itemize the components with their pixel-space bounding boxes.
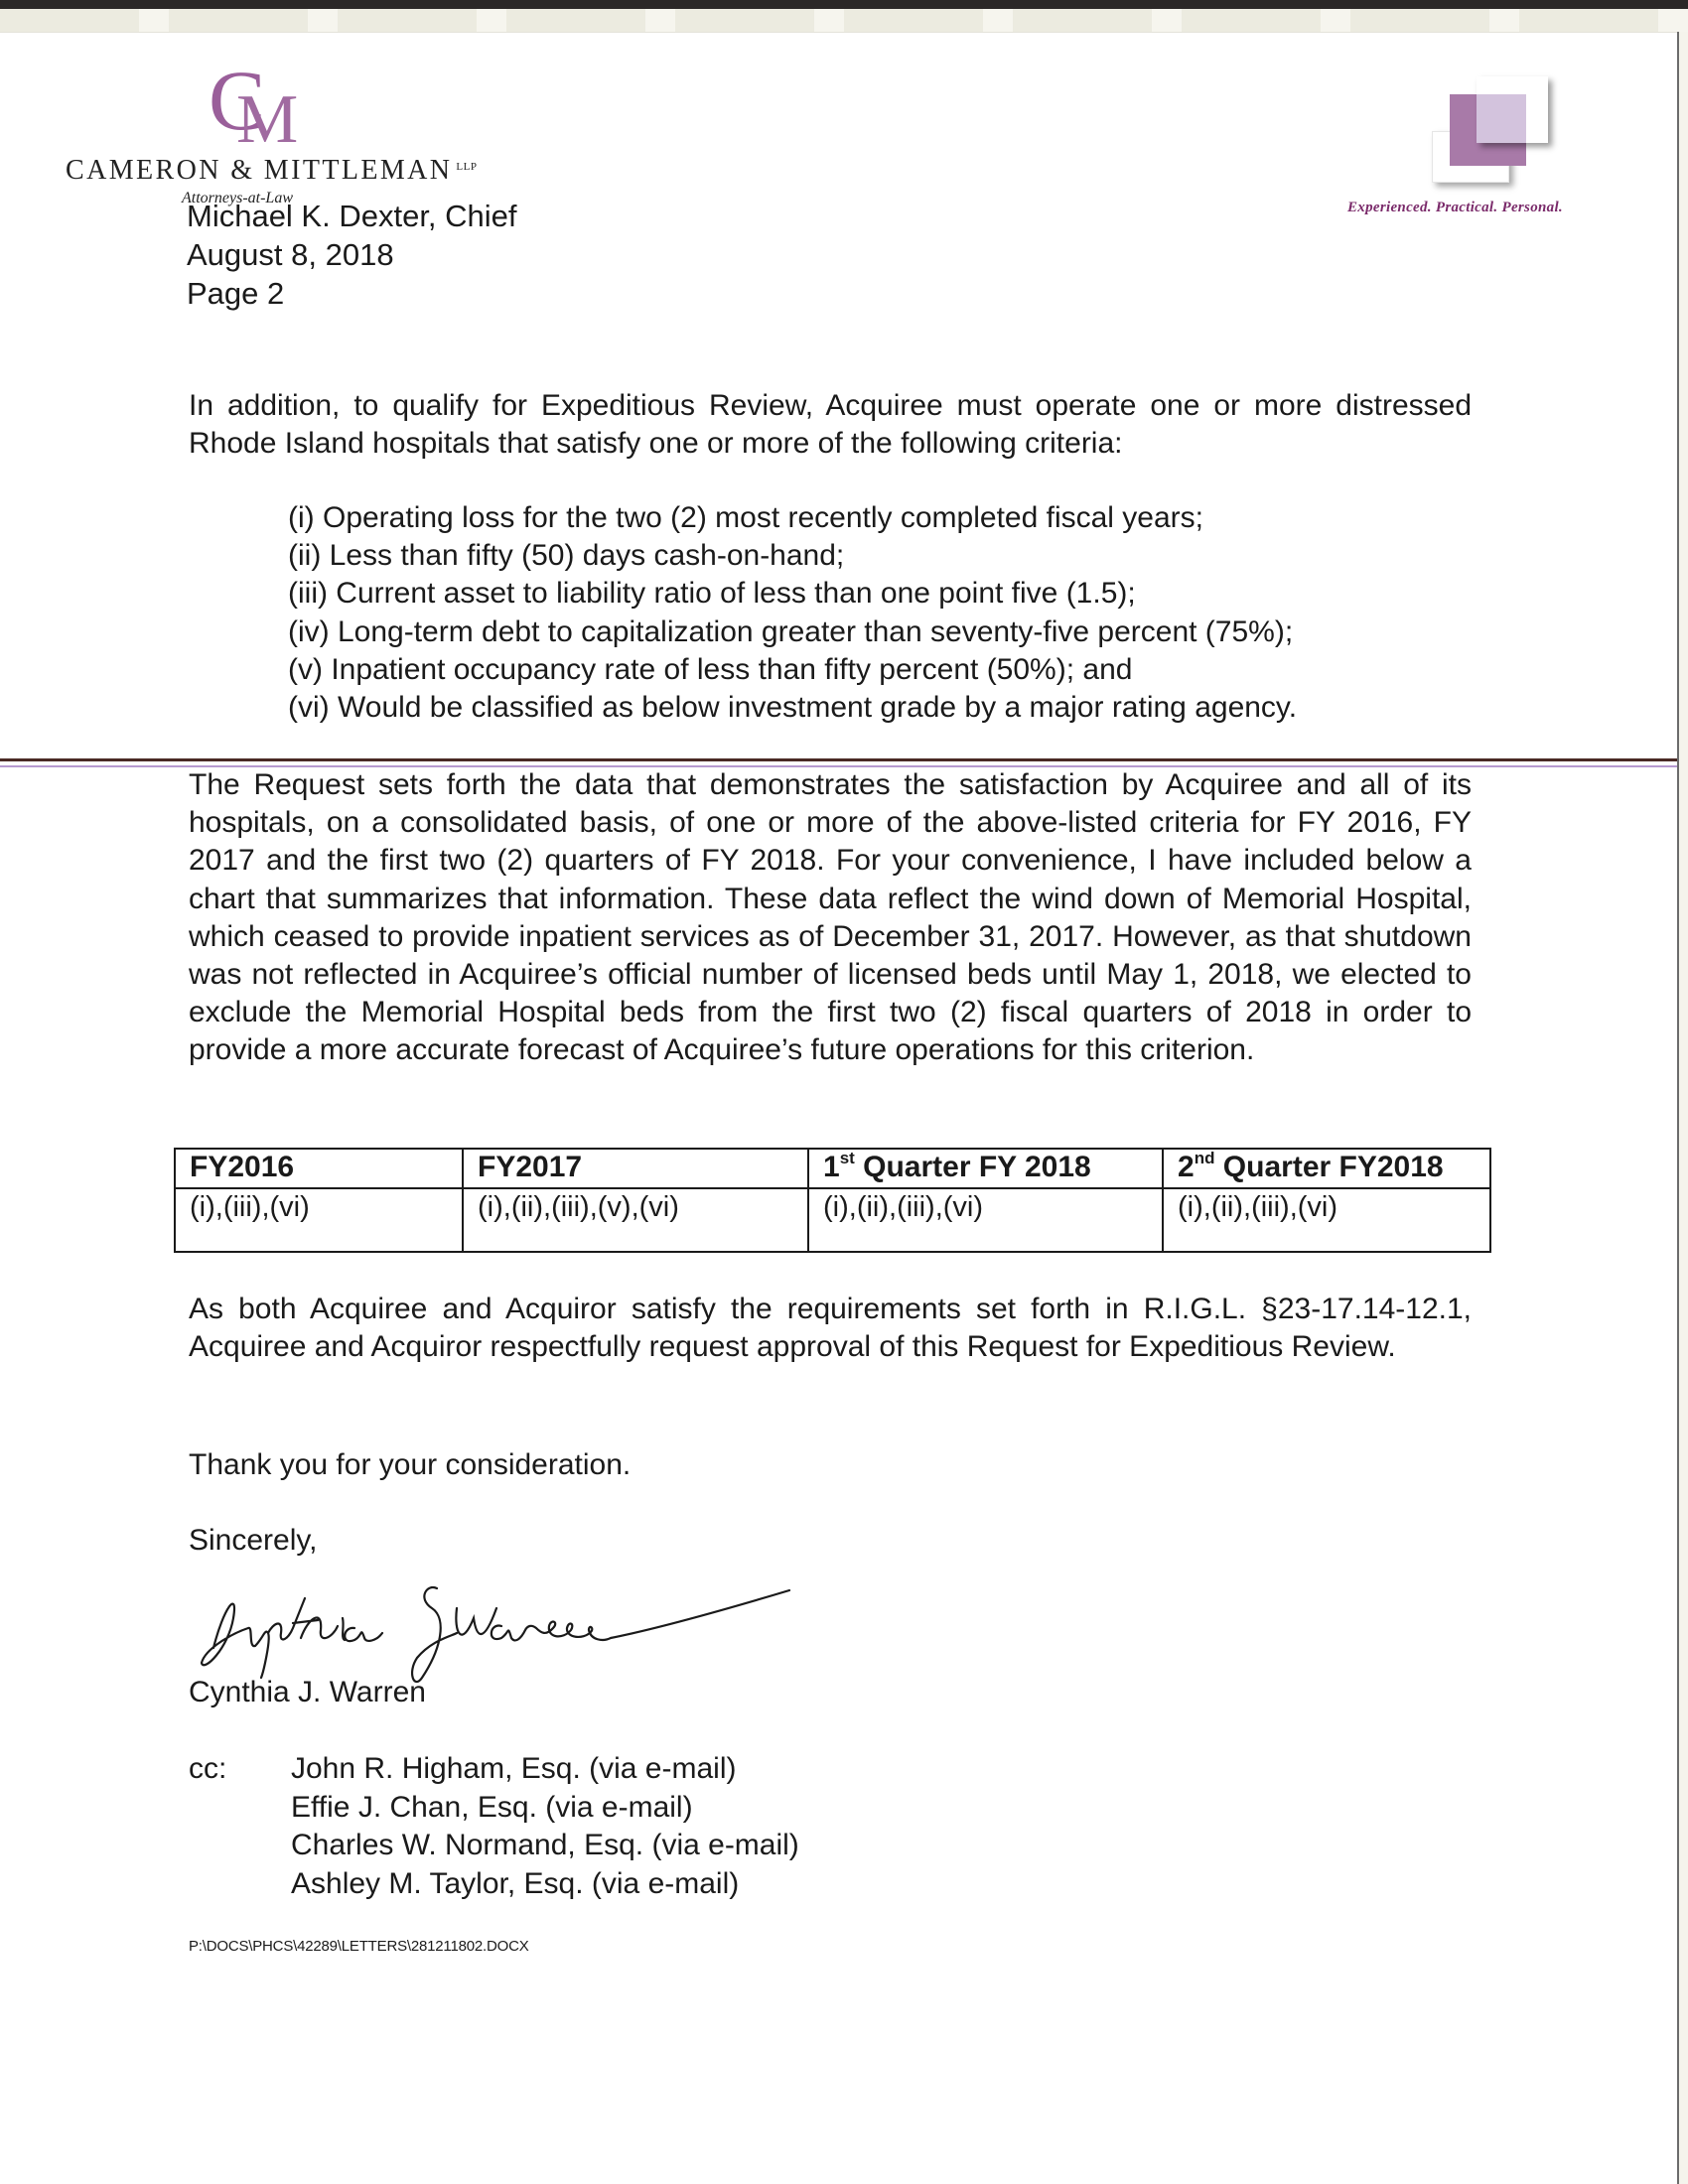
handwritten-signature bbox=[194, 1578, 809, 1688]
overlapping-squares-logo bbox=[1430, 69, 1559, 189]
letter-date: August 8, 2018 bbox=[187, 235, 517, 274]
recipient-line: Michael K. Dexter, Chief bbox=[187, 197, 517, 235]
cc-recipient: John R. Higham, Esq. (via e-mail) bbox=[291, 1750, 799, 1789]
criteria-list: (i) Operating loss for the two (2) most … bbox=[288, 499, 1297, 727]
table-row: (i),(iii),(vi) (i),(ii),(iii),(v),(vi) (… bbox=[175, 1188, 1490, 1252]
logo-square-lavender bbox=[1477, 94, 1526, 143]
criteria-item: (i) Operating loss for the two (2) most … bbox=[288, 499, 1297, 537]
table-cell: (i),(ii),(iii),(vi) bbox=[808, 1188, 1163, 1252]
firm-slogan: Experienced. Practical. Personal. bbox=[1347, 200, 1563, 216]
criteria-summary-table: FY2016 FY2017 1st Quarter FY 2018 2nd Qu… bbox=[174, 1148, 1491, 1253]
firm-suffix: LLP bbox=[456, 161, 477, 173]
table-cell: (i),(iii),(vi) bbox=[175, 1188, 463, 1252]
table-header-cell: 1st Quarter FY 2018 bbox=[808, 1149, 1163, 1188]
cc-label: cc: bbox=[189, 1750, 226, 1788]
page-right-edge bbox=[1677, 32, 1679, 2184]
signer-name: Cynthia J. Warren bbox=[189, 1674, 426, 1711]
table-header-cell: 2nd Quarter FY2018 bbox=[1163, 1149, 1490, 1188]
scan-right-margin bbox=[1679, 32, 1688, 2184]
logo-square-front bbox=[1477, 76, 1548, 143]
table-cell: (i),(ii),(iii),(v),(vi) bbox=[463, 1188, 808, 1252]
criteria-item: (vi) Would be classified as below invest… bbox=[288, 689, 1297, 727]
table-header-row: FY2016 FY2017 1st Quarter FY 2018 2nd Qu… bbox=[175, 1149, 1490, 1188]
monogram-m: M bbox=[236, 85, 298, 155]
page-header: Michael K. Dexter, Chief August 8, 2018 … bbox=[187, 197, 517, 313]
cc-recipient: Effie J. Chan, Esq. (via e-mail) bbox=[291, 1789, 799, 1828]
criteria-item: (v) Inpatient occupancy rate of less tha… bbox=[288, 651, 1297, 689]
request-paragraph: The Request sets forth the data that dem… bbox=[189, 766, 1472, 1070]
table-cell: (i),(ii),(iii),(vi) bbox=[1163, 1188, 1490, 1252]
criteria-item: (ii) Less than fifty (50) days cash-on-h… bbox=[288, 537, 1297, 575]
criteria-item: (iii) Current asset to liability ratio o… bbox=[288, 575, 1297, 613]
page-number: Page 2 bbox=[187, 274, 517, 313]
firm-monogram-logo: C M bbox=[209, 68, 328, 157]
table-header-cell: FY2016 bbox=[175, 1149, 463, 1188]
firm-name-text: CAMERON & MITTLEMAN bbox=[66, 155, 452, 186]
separator-line-dark bbox=[0, 758, 1677, 761]
closing-line: Sincerely, bbox=[189, 1522, 318, 1560]
intro-paragraph: In addition, to qualify for Expeditious … bbox=[189, 387, 1472, 463]
firm-name: CAMERON & MITTLEMANLLP bbox=[66, 155, 477, 187]
table-header-cell: FY2017 bbox=[463, 1149, 808, 1188]
criteria-item: (iv) Long-term debt to capitalization gr… bbox=[288, 614, 1297, 651]
conclusion-paragraph: As both Acquiree and Acquiror satisfy th… bbox=[189, 1291, 1472, 1366]
cc-recipient: Charles W. Normand, Esq. (via e-mail) bbox=[291, 1827, 799, 1865]
thanks-line: Thank you for your consideration. bbox=[189, 1446, 631, 1484]
scan-top-bar bbox=[0, 0, 1688, 9]
scan-top-strip bbox=[0, 9, 1688, 33]
cc-recipient: Ashley M. Taylor, Esq. (via e-mail) bbox=[291, 1865, 799, 1904]
cc-list: John R. Higham, Esq. (via e-mail) Effie … bbox=[291, 1750, 799, 1903]
document-file-path: P:\DOCS\PHCS\42289\LETTERS\281211802.DOC… bbox=[189, 1938, 529, 1955]
